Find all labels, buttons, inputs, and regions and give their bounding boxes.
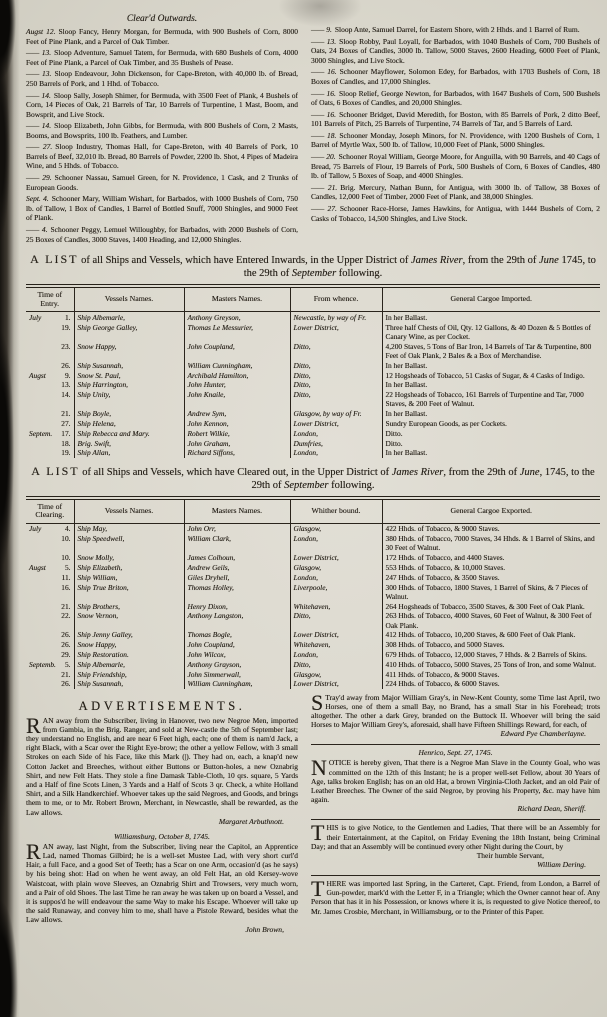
shipping-entry: —— 13.Sloop Endeavour, John Dickenson, f… — [26, 69, 298, 88]
heading-text: of all Ships and Vessels, which have Ent… — [78, 255, 411, 266]
month-label — [29, 390, 31, 399]
table-row: Septemb.5. Ship Albemarle, Anthony Grays… — [26, 659, 600, 669]
binding-edge — [0, 0, 20, 1017]
cell-master: John Knaile, — [184, 390, 290, 409]
shipping-entry: Sept. 4.Schooner Mary, William Wishart, … — [26, 194, 298, 223]
advertisement: THIS is to give Notice, to the Gentlemen… — [311, 819, 600, 870]
cell-time: 21. — [26, 669, 74, 679]
divider-rule — [311, 744, 600, 745]
cell-whence: Ditto, — [290, 390, 382, 409]
cell-vessel: Ship Rebecca and Mary. — [74, 428, 184, 438]
drop-cap: N — [311, 758, 329, 776]
cell-master: William Cunningham, — [184, 679, 290, 689]
page-content: Clear'd Outwards. Augst 12.Sloop Fancy, … — [26, 12, 600, 940]
entry-text: Brig. Mercury, Nathan Bunn, for Antigua,… — [311, 183, 600, 202]
cell-cargo: 553 Hhds. of Tobacco, & 10,000 Staves. — [382, 562, 600, 572]
shipping-entry: —— 27.Sloop Industry, Thomas Hall, for C… — [26, 142, 298, 171]
ad-text: Tray'd away from Major William Gray's, i… — [311, 693, 600, 730]
shipping-entry: —— 14.Sloop Sally, Joseph Shimer, for Be… — [26, 91, 298, 120]
shipping-entry: —— 16.Sloop Relief, George Newton, for B… — [311, 89, 600, 108]
table-row: 22. Snow Vernon, Anthony Langston, Ditto… — [26, 611, 600, 630]
entry-date: —— 14. — [26, 91, 54, 100]
month-label: Septemb. — [29, 660, 58, 669]
col-header-vessels: Vessels Names. — [74, 286, 184, 312]
month-label — [29, 583, 31, 592]
cell-master: John Orr, — [184, 523, 290, 533]
cell-whither: Ditto, — [290, 659, 382, 669]
cell-whence: Glasgow, by way of Fr. — [290, 409, 382, 419]
month-label: Augst — [29, 371, 48, 380]
cell-master: Andrew Sym, — [184, 409, 290, 419]
month-label — [29, 630, 31, 639]
entry-text: Schooner Peggy, Lemuel Willoughby, for B… — [26, 225, 298, 244]
shipping-entry: —— 13.Sloop Robby, Paul Loyall, for Barb… — [311, 37, 600, 66]
drop-cap: R — [26, 842, 43, 860]
cell-master: John Coupland, — [184, 341, 290, 360]
advertisement: Williamsburg, October 8, 1745. RAN away,… — [26, 832, 298, 935]
cell-whither: Whitehaven, — [290, 601, 382, 611]
ad-signature: Richard Dean, Sheriff. — [311, 804, 600, 814]
ad-text: HIS is to give Notice, to the Gentlemen … — [311, 823, 600, 850]
entry-date: —— 13. — [26, 48, 54, 57]
cell-cargo: In her Ballast. — [382, 360, 600, 370]
day-number: 29. — [61, 650, 70, 659]
cell-vessel: Ship Helena, — [74, 418, 184, 428]
ad-text: HERE was imported last Spring, in the Ca… — [311, 879, 600, 916]
day-number: 9. — [65, 371, 71, 380]
entry-text: Sloop Industry, Thomas Hall, for Cape-Br… — [26, 142, 298, 170]
ads-right-column: STray'd away from Major William Gray's, … — [311, 693, 600, 940]
entry-date: —— 4. — [26, 225, 50, 234]
table-row: 23. Snow Happy, John Coupland, Ditto, 4,… — [26, 341, 600, 360]
cell-cargo: 22 Hogsheads of Tobacco, 161 Barrels of … — [382, 390, 600, 409]
cell-cargo: 172 Hhds. of Tobacco, and 4400 Staves. — [382, 553, 600, 563]
cell-master: John Hunter, — [184, 380, 290, 390]
outwards-title: Clear'd Outwards. — [26, 14, 298, 24]
entry-text: Schooner Bridget, David Meredith, for Bo… — [311, 110, 600, 129]
advertisement: THERE was imported last Spring, in the C… — [311, 875, 600, 916]
cell-time: 18. — [26, 438, 74, 448]
cell-master: Andrew Geils, — [184, 562, 290, 572]
ads-left-column: ADVERTISEMENTS. RAN away from the Subscr… — [26, 693, 298, 940]
entry-text: Sloop Ante, Samuel Darrel, for Eastern S… — [335, 25, 580, 34]
day-number: 21. — [61, 602, 70, 611]
entry-date: —— 27. — [311, 204, 340, 213]
cell-time: 26. — [26, 360, 74, 370]
month-label: Septem. — [29, 429, 54, 438]
cell-whither: Whitehaven, — [290, 640, 382, 650]
shipping-entry: —— 14.Sloop Elizabeth, John Gibbs, for B… — [26, 121, 298, 140]
cell-master: Anthony Grayson, — [184, 659, 290, 669]
advertisement: Henrico, Sept. 27, 1745. NOTICE is hereb… — [311, 744, 600, 814]
month-label — [29, 534, 31, 543]
cell-vessel: Ship William, — [74, 572, 184, 582]
cell-whence: Lower District, — [290, 418, 382, 428]
ad-dateline: Henrico, Sept. 27, 1745. — [311, 748, 600, 757]
cell-cargo: 412 Hhds. of Tobacco, 10,200 Staves, & 6… — [382, 630, 600, 640]
cell-cargo: 679 Hhds. of Tobacco, 12,000 Staves, 7 H… — [382, 649, 600, 659]
cell-vessel: Ship Unity, — [74, 390, 184, 409]
day-number: 26. — [61, 361, 70, 370]
day-number: 5. — [65, 660, 71, 669]
cell-time: 14. — [26, 390, 74, 409]
cell-whither: Ditto, — [290, 611, 382, 630]
entry-date: —— 27. — [26, 142, 55, 151]
ad-body: THIS is to give Notice, to the Gentlemen… — [311, 823, 600, 851]
cell-master: Thomas Le Messurier, — [184, 322, 290, 341]
day-number: 4. — [65, 524, 71, 533]
cell-whither: London, — [290, 572, 382, 582]
cell-time: 11. — [26, 572, 74, 582]
cell-whence: Ditto, — [290, 341, 382, 360]
cell-whither: Glasgow, — [290, 523, 382, 533]
col-header-time: Time of Entry. — [26, 286, 74, 312]
outwards-right-entries: —— 9.Sloop Ante, Samuel Darrel, for East… — [311, 12, 600, 223]
day-number: 22. — [61, 611, 70, 620]
cell-cargo: 300 Hhds. of Tobacco, 1800 Staves, 1 Bar… — [382, 582, 600, 601]
day-number: 5. — [65, 563, 71, 572]
table-row: July4. Ship May, John Orr, Glasgow, 422 … — [26, 523, 600, 533]
day-number: 1. — [65, 313, 71, 322]
cell-cargo: 4,200 Staves, 5 Tons of Bar Iron, 14 Bar… — [382, 341, 600, 360]
cell-vessel: Ship Brothers, — [74, 601, 184, 611]
cell-cargo: 411 Hhds. of Tobacco, & 9000 Staves. — [382, 669, 600, 679]
cell-time: July1. — [26, 312, 74, 322]
cell-vessel: Snow Vernon, — [74, 611, 184, 630]
cell-time: 26. — [26, 679, 74, 689]
day-number: 10. — [61, 534, 70, 543]
cell-vessel: Ship May, — [74, 523, 184, 533]
month-label — [29, 573, 31, 582]
entry-date: —— 16. — [311, 110, 339, 119]
entry-text: Sloop Relief, George Newton, for Barbado… — [311, 89, 600, 108]
month-label — [29, 361, 31, 370]
cell-master: Anthony Langston, — [184, 611, 290, 630]
ad-body: RAN away from the Subscriber, living in … — [26, 716, 298, 817]
table-row: 19. Ship George Galley, Thomas Le Messur… — [26, 322, 600, 341]
day-number: 21. — [61, 409, 70, 418]
entry-text: Sloop Sally, Joseph Shimer, for Bermuda,… — [26, 91, 298, 119]
ad-presignature: Their humble Servant, — [311, 851, 600, 860]
divider-rule — [311, 819, 600, 820]
cell-vessel: Ship True Briton, — [74, 582, 184, 601]
month-label — [29, 419, 31, 428]
cell-whence: Ditto, — [290, 370, 382, 380]
day-number: 19. — [61, 448, 70, 457]
cell-master: John Kennon, — [184, 418, 290, 428]
heading-text: following. — [328, 480, 374, 491]
month-label — [29, 323, 31, 332]
month-label: July — [29, 313, 43, 322]
cell-time: 19. — [26, 322, 74, 341]
table-row: 13. Ship Harrington, John Hunter, Ditto,… — [26, 380, 600, 390]
day-number: 14. — [61, 390, 70, 399]
entry-date: —— 16. — [311, 67, 340, 76]
day-number: 26. — [61, 640, 70, 649]
cell-cargo: Three half Chests of Oil, Qty. 12 Gallon… — [382, 322, 600, 341]
heading-text: , from the 29th of — [463, 255, 539, 266]
ad-signature: Margaret Arbuthnott. — [26, 817, 298, 827]
cell-time: 13. — [26, 380, 74, 390]
cell-time: 26. — [26, 630, 74, 640]
table-row: 27. Ship Helena, John Kennon, Lower Dist… — [26, 418, 600, 428]
heading-month: June — [539, 255, 559, 266]
cell-vessel: Ship Albemarle, — [74, 312, 184, 322]
cell-time: Septem.17. — [26, 428, 74, 438]
shipping-entry: —— 4.Schooner Peggy, Lemuel Willoughby, … — [26, 225, 298, 244]
table-row: 29. Ship Restoration. John Wilcox, Londo… — [26, 649, 600, 659]
cell-time: Septemb.5. — [26, 659, 74, 669]
ad-text: OTICE is hereby given, That there is a N… — [311, 758, 600, 804]
cell-cargo: Sundry European Goods, as per Cockets. — [382, 418, 600, 428]
cell-master: Thomas Bogle, — [184, 630, 290, 640]
inwards-rows: July1. Ship Albemarle, Anthony Greyson, … — [26, 312, 600, 458]
cell-vessel: Ship Friendship, — [74, 669, 184, 679]
cell-time: Augst9. — [26, 370, 74, 380]
month-label — [29, 380, 31, 389]
cell-master: John Coupland, — [184, 640, 290, 650]
cell-cargo: 410 Hhds. of Tobacco, 5000 Staves, 25 To… — [382, 659, 600, 669]
col-header-whither: Whither bound. — [290, 498, 382, 524]
ads-right-list: STray'd away from Major William Gray's, … — [311, 693, 600, 916]
table-row: Augst5. Ship Elizabeth, Andrew Geils, Gl… — [26, 562, 600, 572]
cell-vessel: Ship Allan, — [74, 448, 184, 458]
table-row: 26. Ship Jenny Galley, Thomas Bogle, Low… — [26, 630, 600, 640]
shipping-entry: —— 13.Sloop Adventure, Samuel Tatem, for… — [26, 48, 298, 67]
advertisement: STray'd away from Major William Gray's, … — [311, 693, 600, 740]
newspaper-page: Clear'd Outwards. Augst 12.Sloop Fancy, … — [0, 0, 607, 1017]
entry-text: Schooner Race-Horse, James Hawkins, for … — [311, 204, 600, 223]
cell-master: Giles Dryhell, — [184, 572, 290, 582]
entry-date: —— 21. — [311, 183, 340, 192]
ad-signature: William Dering. — [311, 860, 600, 870]
table-header-row: Time of Clearing. Vessels Names. Masters… — [26, 498, 600, 524]
heading-river: James River — [411, 255, 463, 266]
drop-cap: S — [311, 693, 325, 711]
table-row: 21. Ship Boyle, Andrew Sym, Glasgow, by … — [26, 409, 600, 419]
shipping-entry: —— 29.Schooner Nassau, Samuel Green, for… — [26, 173, 298, 192]
cell-cargo: In her Ballast. — [382, 312, 600, 322]
cell-time: July4. — [26, 523, 74, 533]
shipping-entry: —— 21.Brig. Mercury, Nathan Bunn, for An… — [311, 183, 600, 202]
ad-text: AN away, last Night, from the Subscriber… — [26, 842, 298, 925]
entry-text: Sloop Adventure, Samuel Tatem, for Bermu… — [26, 48, 298, 67]
entry-text: Schooner Royal William, George Moore, fo… — [311, 152, 600, 180]
advertisements-heading: ADVERTISEMENTS. — [26, 699, 298, 714]
cell-whither: London, — [290, 534, 382, 553]
day-number: 19. — [61, 323, 70, 332]
outwards-left-entries: Augst 12.Sloop Fancy, Henry Morgan, for … — [26, 27, 298, 244]
cell-cargo: 12 Hogsheads of Tobacco, 51 Casks of Sug… — [382, 370, 600, 380]
day-number: 23. — [61, 342, 70, 351]
month-label — [29, 611, 31, 620]
cell-master: James Colhoun, — [184, 553, 290, 563]
month-label: July — [29, 524, 43, 533]
col-header-cargo: General Cargoe Exported. — [382, 498, 600, 524]
cell-vessel: Ship Speedwell, — [74, 534, 184, 553]
cell-cargo: 224 Hhds. of Tobacco, & 6000 Staves. — [382, 679, 600, 689]
shipping-entry: —— 27.Schooner Race-Horse, James Hawkins… — [311, 204, 600, 223]
heading-lead: A LIST — [30, 252, 78, 266]
cell-time: 29. — [26, 649, 74, 659]
cell-cargo: Ditto. — [382, 428, 600, 438]
cell-time: 10. — [26, 534, 74, 553]
month-label — [29, 650, 31, 659]
shipping-entry: —— 9.Sloop Ante, Samuel Darrel, for East… — [311, 25, 600, 35]
cell-cargo: 308 Hhds. of Tobacco, and 5000 Staves. — [382, 640, 600, 650]
cell-master: Thomas Holley, — [184, 582, 290, 601]
cell-vessel: Ship Harrington, — [74, 380, 184, 390]
cell-cargo: Ditto. — [382, 438, 600, 448]
entry-date: —— 29. — [26, 173, 55, 182]
table-row: 10. Snow Molly, James Colhoun, Lower Dis… — [26, 553, 600, 563]
cleared-out-table: Time of Clearing. Vessels Names. Masters… — [26, 496, 600, 689]
month-label — [29, 602, 31, 611]
advertisement: RAN away from the Subscriber, living in … — [26, 716, 298, 827]
table-row: 26. Ship Susannah, William Cunningham, D… — [26, 360, 600, 370]
cell-cargo: 263 Hhds. of Tobacco, 4000 Staves, 60 Fe… — [382, 611, 600, 630]
entry-date: —— 20. — [311, 152, 339, 161]
month-label: Augst — [29, 563, 48, 572]
table-row: 16. Ship True Briton, Thomas Holley, Liv… — [26, 582, 600, 601]
cell-time: 16. — [26, 582, 74, 601]
cell-vessel: Snow Happy, — [74, 640, 184, 650]
cell-whence: Ditto, — [290, 360, 382, 370]
cell-cargo: In her Ballast. — [382, 448, 600, 458]
table-row: 18. Brig. Swift, John Graham, Dumfries, … — [26, 438, 600, 448]
drop-cap: T — [311, 879, 326, 897]
entry-text: Sloop Endeavour, John Dickenson, for Cap… — [26, 69, 298, 88]
cleared-list-heading: A LIST of all Ships and Vessels, which h… — [30, 465, 596, 492]
inwards-list-heading: A LIST of all Ships and Vessels, which h… — [30, 253, 596, 280]
ad-body: STray'd away from Major William Gray's, … — [311, 693, 600, 730]
heading-month: September — [284, 480, 328, 491]
cell-vessel: Ship Albemarle, — [74, 659, 184, 669]
day-number: 27. — [61, 419, 70, 428]
table-row: Septem.17. Ship Rebecca and Mary. Robert… — [26, 428, 600, 438]
cell-vessel: Ship Restoration. — [74, 649, 184, 659]
entry-text: Sloop Fancy, Henry Morgan, for Bermuda, … — [26, 27, 298, 46]
cell-time: 21. — [26, 601, 74, 611]
day-number: 11. — [62, 573, 71, 582]
cell-vessel: Ship Jenny Galley, — [74, 630, 184, 640]
cell-master: Anthony Greyson, — [184, 312, 290, 322]
divider-rule — [311, 875, 600, 876]
entry-date: —— 13. — [311, 37, 339, 46]
cell-time: 22. — [26, 611, 74, 630]
cell-whither: Lower District, — [290, 630, 382, 640]
heading-text: , from the 29th of — [443, 467, 519, 478]
table-row: 11. Ship William, Giles Dryhell, London,… — [26, 572, 600, 582]
day-number: 26. — [61, 630, 70, 639]
col-header-whence: From whence. — [290, 286, 382, 312]
cell-time: Augst5. — [26, 562, 74, 572]
month-label — [29, 409, 31, 418]
cleared-outwards-section: Clear'd Outwards. Augst 12.Sloop Fancy, … — [26, 12, 600, 246]
ad-signature: Edward Pye Chamberlayne. — [311, 729, 600, 739]
cell-cargo: 247 Hhds. of Tobacco, & 3500 Staves. — [382, 572, 600, 582]
entry-date: —— 14. — [26, 121, 54, 130]
col-header-time: Time of Clearing. — [26, 498, 74, 524]
ad-body: RAN away, last Night, from the Subscribe… — [26, 842, 298, 925]
heading-lead: A LIST — [31, 464, 79, 478]
cell-vessel: Ship Boyle, — [74, 409, 184, 419]
entry-text: Schooner Nassau, Samuel Green, for N. Pr… — [26, 173, 298, 192]
month-label — [29, 342, 31, 351]
heading-text: following. — [336, 268, 382, 279]
month-label — [29, 679, 31, 688]
table-row: 26. Ship Susannah, William Cunningham, L… — [26, 679, 600, 689]
cell-vessel: Snow Happy, — [74, 341, 184, 360]
cell-cargo: 380 Hhds. of Tobacco, 7000 Staves, 34 Hh… — [382, 534, 600, 553]
cell-time: 21. — [26, 409, 74, 419]
shipping-entry: Augst 12.Sloop Fancy, Henry Morgan, for … — [26, 27, 298, 46]
cell-whither: Glasgow, — [290, 669, 382, 679]
cell-master: John Wilcox, — [184, 649, 290, 659]
col-header-masters: Masters Names. — [184, 498, 290, 524]
col-header-masters: Masters Names. — [184, 286, 290, 312]
day-number: 13. — [61, 380, 70, 389]
drop-cap: T — [311, 823, 326, 841]
cell-vessel: Snow St. Paul, — [74, 370, 184, 380]
drop-cap: R — [26, 716, 43, 734]
ads-left-list: RAN away from the Subscriber, living in … — [26, 716, 298, 935]
entered-inwards-table: Time of Entry. Vessels Names. Masters Na… — [26, 284, 600, 457]
month-label — [29, 448, 31, 457]
cell-whither: Liverpoole, — [290, 582, 382, 601]
cell-vessel: Ship Susannah, — [74, 679, 184, 689]
cell-time: 10. — [26, 553, 74, 563]
entry-text: Sloop Elizabeth, John Gibbs, for Bermuda… — [26, 121, 298, 140]
cell-master: William Cunningham, — [184, 360, 290, 370]
cell-whither: London, — [290, 649, 382, 659]
day-number: 21. — [61, 670, 70, 679]
heading-river: James River — [392, 467, 444, 478]
table-row: 14. Ship Unity, John Knaile, Ditto, 22 H… — [26, 390, 600, 409]
cell-whence: London, — [290, 428, 382, 438]
table-row: 21. Ship Brothers, Henry Dixon, Whitehav… — [26, 601, 600, 611]
cell-whence: Dumfries, — [290, 438, 382, 448]
shipping-entry: —— 20.Schooner Royal William, George Moo… — [311, 152, 600, 181]
cell-cargo: In her Ballast. — [382, 380, 600, 390]
cell-vessel: Snow Molly, — [74, 553, 184, 563]
cell-master: Richard Siffons, — [184, 448, 290, 458]
col-header-cargo: General Cargoe Imported. — [382, 286, 600, 312]
entry-text: Schooner Mary, William Wishart, for Barb… — [26, 194, 298, 222]
heading-text: of all Ships and Vessels, which have Cle… — [80, 467, 392, 478]
cell-cargo: 422 Hhds. of Tobacco, & 9000 Staves. — [382, 523, 600, 533]
entry-date: —— 13. — [26, 69, 54, 78]
heading-month: June — [520, 467, 540, 478]
entry-date: —— 16. — [311, 89, 339, 98]
entry-text: Schooner Mayflower, Solomon Edey, for Ba… — [311, 67, 600, 86]
day-number: 17. — [61, 429, 70, 438]
cell-master: William Clark, — [184, 534, 290, 553]
ad-signature: John Brown, — [26, 925, 298, 935]
shipping-entry: —— 16.Schooner Mayflower, Solomon Edey, … — [311, 67, 600, 86]
table-row: 26. Snow Happy, John Coupland, Whitehave… — [26, 640, 600, 650]
cell-master: John Graham, — [184, 438, 290, 448]
entry-date: —— 18. — [311, 131, 339, 140]
outwards-left-column: Clear'd Outwards. Augst 12.Sloop Fancy, … — [26, 12, 298, 246]
shipping-entry: —— 18.Schooner Monday, Joseph Minors, fo… — [311, 131, 600, 150]
entry-date: —— 9. — [311, 25, 335, 34]
outwards-right-column: —— 9.Sloop Ante, Samuel Darrel, for East… — [311, 12, 600, 246]
cell-cargo: 264 Hogsheads of Tobacco, 3500 Staves, &… — [382, 601, 600, 611]
month-label — [29, 670, 31, 679]
table-row: 10. Ship Speedwell, William Clark, Londo… — [26, 534, 600, 553]
cell-master: John Simmerwall, — [184, 669, 290, 679]
